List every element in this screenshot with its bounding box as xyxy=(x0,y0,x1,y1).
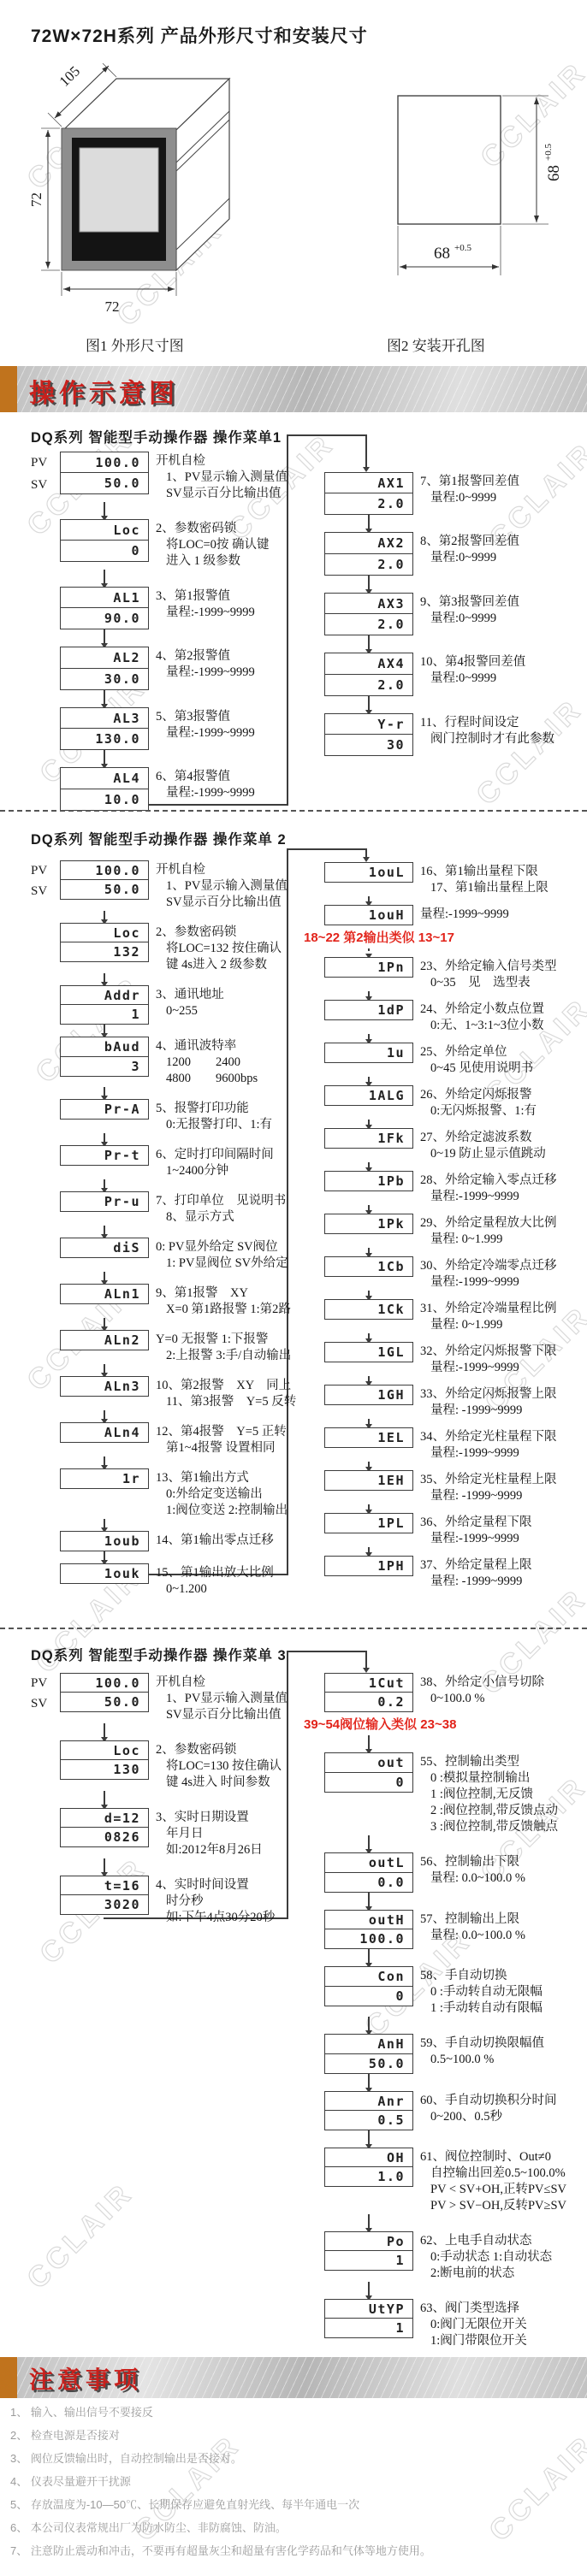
lcd-boxes: 1PH xyxy=(324,1556,413,1576)
lcd-boxes: Con0 xyxy=(324,1966,413,2006)
lcd-box-line: 1EL xyxy=(324,1427,413,1448)
step-description-line: 1~2400分钟 xyxy=(166,1163,274,1179)
step-description-line: 25、外给定单位 xyxy=(420,1044,533,1061)
step-description-line: 量程:-1999~9999 xyxy=(430,1189,557,1205)
lcd-display: Addr1 xyxy=(31,985,149,1025)
flow-step: Con058、手自动切换0 :手动转自动无限幅1 :手动转自动有限幅 xyxy=(295,1966,543,2017)
lcd-box-line: OH xyxy=(324,2148,413,2168)
step-description-line: 10、第2报警 XY 同上 xyxy=(156,1378,296,1394)
lcd-display: AX22.0 xyxy=(295,532,413,575)
step-description: 开机自检1、PV显示输入测量值SV显示百分比输出值 xyxy=(156,1673,288,1723)
lcd-box-line: AL2 xyxy=(60,647,149,669)
step-description-line: 1:阀位变送 2:控制输出 xyxy=(166,1503,288,1519)
lcd-display: outL0.0 xyxy=(295,1852,413,1892)
connector-arrow xyxy=(365,434,367,470)
flow-arrow xyxy=(368,696,370,713)
flow-arrow xyxy=(368,896,370,905)
lcd-box-line: 1PH xyxy=(324,1556,413,1576)
lcd-box-line: Pr-A xyxy=(60,1099,149,1120)
lcd-boxes: Loc130 xyxy=(60,1740,149,1780)
lcd-display: 1Ck xyxy=(295,1299,413,1320)
lcd-box-line: 100.0 xyxy=(60,452,149,474)
operation-diagram-banner: 操作示意图 xyxy=(0,366,587,412)
lcd-boxes: ALn2 xyxy=(60,1330,149,1350)
lcd-display: 1oub xyxy=(31,1531,149,1551)
step-description: 9、第1报警 XYX=0 第1路报警 1:第2路 xyxy=(156,1284,291,1318)
flow-step: 1ouL16、第1输出量程下限17、第1输出量程上限 xyxy=(295,862,548,896)
lcd-box-line: AX2 xyxy=(324,532,413,554)
step-description-line: 23、外给定输入信号类型 xyxy=(420,959,557,975)
lcd-display: Loc132 xyxy=(31,923,149,962)
lcd-display: Anr0.5 xyxy=(295,2091,413,2130)
lcd-box-line: AL4 xyxy=(60,767,149,789)
flow-arrow xyxy=(368,1291,370,1299)
step-description-line: 量程:-1999~9999 xyxy=(166,605,255,621)
lcd-box-line: 0 xyxy=(60,540,149,562)
step-description-line: 键 4s进入 时间参数 xyxy=(166,1775,282,1791)
lcd-boxes: AL3130.0 xyxy=(60,707,149,750)
step-description-line: 2:上报警 3:手/自动输出 xyxy=(166,1348,291,1364)
step-description-line: 进入 1 级参数 xyxy=(166,553,270,570)
step-description-line: 58、手自动切换 xyxy=(420,1968,543,1984)
lcd-boxes: out0 xyxy=(324,1752,413,1792)
step-description-line: 61、阀位控制时、Out≠0 xyxy=(420,2149,566,2165)
step-description: 15、第1输出放大比例0~1.200 xyxy=(156,1563,274,1598)
lcd-boxes: AL230.0 xyxy=(60,647,149,689)
step-description-line: 0:阀门无限位开关 xyxy=(430,2317,527,2333)
flow-step: diS0: PV显外给定 SV阀位1: PV显阀位 SV外给定 xyxy=(31,1238,288,1272)
step-description-line: SV显示百分比输出值 xyxy=(166,1707,288,1723)
lcd-box-line: 100.0 xyxy=(60,860,149,881)
lcd-box-line: Pr-t xyxy=(60,1145,149,1166)
lcd-display: 1ALG xyxy=(295,1085,413,1106)
flow-arrow xyxy=(368,1547,370,1556)
lcd-box-line: 1ouL xyxy=(324,862,413,883)
lcd-box-line: AX3 xyxy=(324,593,413,615)
step-description-line: 1 :阀位控制,无反馈 xyxy=(430,1787,558,1803)
lcd-display: 1ouL xyxy=(295,862,413,883)
flow-step: bAud34、通讯波特率1200 24004800 9600bps xyxy=(31,1037,258,1087)
lcd-display: Pr-A xyxy=(31,1099,149,1120)
flow-arrow xyxy=(368,948,370,957)
step-description-line: 阀门控制时才有此参数 xyxy=(430,731,554,747)
step-description-line: 将LOC=0按 确认键 xyxy=(166,537,270,553)
lcd-display: 1EL xyxy=(295,1427,413,1448)
flow-step: 1ALG26、外给定闪烁报警0:无闪烁报警、1:有 xyxy=(295,1085,537,1120)
flow-step: Po162、上电手自动状态0:手动状态 1:自动状态2:断电前的状态 xyxy=(295,2231,552,2282)
flow-arrow xyxy=(104,1318,105,1330)
pv-sv-label: PV xyxy=(31,452,58,474)
flow-step: 1oub14、第1输出零点迁移 xyxy=(31,1531,274,1551)
step-description-line: 量程:-1999~9999 xyxy=(430,1445,557,1462)
step-description: 60、手自动切换积分时间0~200、0.5秒 xyxy=(420,2091,557,2125)
lcd-box-line: 1Pk xyxy=(324,1214,413,1234)
lcd-display: ALn4 xyxy=(31,1422,149,1443)
note-item: 6、 本公司仪表常规出厂为防水防尘、非防腐蚀、防油。 xyxy=(10,2520,575,2535)
step-description: 62、上电手自动状态0:手动状态 1:自动状态2:断电前的状态 xyxy=(420,2231,552,2282)
step-description-line: 11、第3报警 Y=5 反转 xyxy=(166,1394,296,1410)
step-description-line: 量程:-1999~9999 xyxy=(166,785,255,801)
step-description: 14、第1输出零点迁移 xyxy=(156,1531,274,1549)
flow-arrow xyxy=(368,1333,370,1342)
lcd-boxes: AL410.0 xyxy=(60,767,149,810)
lcd-boxes: Pr-t xyxy=(60,1145,149,1166)
step-description-line: 4、实时时间设置 xyxy=(156,1877,275,1894)
cutout-rect xyxy=(398,96,501,224)
lcd-boxes: 1GL xyxy=(324,1342,413,1362)
step-description-line: 时分秒 xyxy=(166,1894,275,1910)
step-description-line: 2、参数密码锁 xyxy=(156,521,270,537)
lcd-boxes: Po1 xyxy=(324,2231,413,2271)
note-item: 1、 输入、输出信号不要接反 xyxy=(10,2405,575,2419)
step-description-line: 55、控制输出类型 xyxy=(420,1754,558,1770)
flow-step: Pr-u7、打印单位 见说明书8、显示方式 xyxy=(31,1191,286,1226)
step-description-line: 量程: 0~1.999 xyxy=(430,1232,557,1248)
step-description-line: 量程:-1999~9999 xyxy=(166,725,255,741)
step-description: 23、外给定输入信号类型0~35 见 选型表 xyxy=(420,957,557,991)
flow-step: Loc1302、参数密码锁将LOC=130 按住确认键 4s进入 时间参数 xyxy=(31,1740,282,1791)
flow-step: AX12.07、第1报警回差值量程:0~9999 xyxy=(295,472,519,515)
lcd-boxes: 1ouH xyxy=(324,905,413,925)
lcd-display: Y-r30 xyxy=(295,713,413,756)
step-description: 4、实时时间设置时分秒如:下午4点30分20秒 xyxy=(156,1876,275,1926)
lcd-display: outH100.0 xyxy=(295,1910,413,1949)
lcd-display: AL230.0 xyxy=(31,647,149,689)
step-description: 开机自检1、PV显示输入测量值SV显示百分比输出值 xyxy=(156,452,288,502)
step-description: 2、参数密码锁将LOC=130 按住确认键 4s进入 时间参数 xyxy=(156,1740,282,1791)
flow-step: d=1208263、实时日期设置年月日如:2012年8月26日 xyxy=(31,1808,263,1858)
lcd-box-line: 50.0 xyxy=(60,879,149,900)
lcd-boxes: UtYP1 xyxy=(324,2299,413,2338)
step-description-line: 0:无、1~3:1~3位小数 xyxy=(430,1018,544,1034)
flow-arrow xyxy=(368,991,370,1000)
flow-arrow xyxy=(368,1205,370,1214)
lcd-boxes: 1Fk xyxy=(324,1128,413,1149)
flow-arrow xyxy=(368,1893,370,1910)
step-description-line: 量程:0~9999 xyxy=(430,611,519,627)
step-description: 3、通讯地址0~255 xyxy=(156,985,224,1019)
step-description: 57、控制输出上限量程: 0.0~100.0 % xyxy=(420,1910,525,1944)
flow-arrow xyxy=(104,629,105,647)
lcd-box-line: 130.0 xyxy=(60,728,149,750)
lcd-box-line: AnH xyxy=(324,2034,413,2054)
flow-arrow xyxy=(104,690,105,707)
step-description-line: 0 :模拟量控制输出 xyxy=(430,1770,558,1787)
flow-step: out055、控制输出类型0 :模拟量控制输出1 :阀位控制,无反馈2 :阀位控… xyxy=(295,1752,558,1835)
flow-arrow xyxy=(368,1248,370,1256)
step-description: 37、外给定量程上限量程: -1999~9999 xyxy=(420,1556,532,1590)
step-description-line: 5、报警打印功能 xyxy=(156,1101,272,1117)
step-description: 59、手自动切换限幅值0.5~100.0 % xyxy=(420,2034,544,2068)
flow-step: Loc02、参数密码锁将LOC=0按 确认键进入 1 级参数 xyxy=(31,519,270,570)
step-description: 3、实时日期设置年月日如:2012年8月26日 xyxy=(156,1808,263,1858)
lcd-box-line: 2.0 xyxy=(324,493,413,515)
flow-arrow xyxy=(368,2017,370,2034)
flow-note-red: 18~22 第2输出类似 13~17 xyxy=(304,928,454,946)
step-description-line: 0~200、0.5秒 xyxy=(430,2109,557,2125)
flow-arrow xyxy=(104,570,105,587)
step-description: 3、第1报警值量程:-1999~9999 xyxy=(156,587,255,621)
lcd-box-line: Y-r xyxy=(324,713,413,736)
step-description-line: 0:无报警打印、1:有 xyxy=(166,1117,272,1133)
flow-arrow xyxy=(104,911,105,923)
fig1-outline-drawing: 105 72 72 xyxy=(12,34,354,335)
lcd-boxes: Y-r30 xyxy=(324,713,413,756)
step-description: 6、定时打印间隔时间1~2400分钟 xyxy=(156,1145,274,1179)
step-description-line: 开机自检 xyxy=(156,862,288,878)
step-description-line: 量程: -1999~9999 xyxy=(430,1488,557,1504)
connector-arrow xyxy=(365,1651,367,1671)
meter-display-window xyxy=(80,148,158,232)
flow-step: 1PH37、外给定量程上限量程: -1999~9999 xyxy=(295,1556,532,1590)
flow-step: 1Fk27、外给定滤波系数0~19 防止显示值跳动 xyxy=(295,1128,546,1162)
flow-step: AX42.010、第4报警回差值量程:0~9999 xyxy=(295,653,525,695)
lcd-display: 1dP xyxy=(295,1000,413,1020)
connector-line xyxy=(287,848,367,850)
lcd-box-line: Po xyxy=(324,2231,413,2252)
lcd-boxes: 1ouL xyxy=(324,862,413,883)
flow-step: AL230.04、第2报警值量程:-1999~9999 xyxy=(31,647,255,689)
step-description: 26、外给定闪烁报警0:无闪烁报警、1:有 xyxy=(420,1085,537,1120)
lcd-box-line: Loc xyxy=(60,519,149,541)
lcd-display: ALn1 xyxy=(31,1284,149,1304)
lcd-box-line: 90.0 xyxy=(60,607,149,629)
flow-step: 1ouk15、第1输出放大比例0~1.200 xyxy=(31,1563,274,1598)
step-description: 2、参数密码锁将LOC=132 按住确认键 4s进入 2 级参数 xyxy=(156,923,282,973)
flow-step: 1EH35、外给定光柱量程上限量程: -1999~9999 xyxy=(295,1470,557,1504)
step-description-line: 量程: -1999~9999 xyxy=(430,1574,532,1590)
flow-step: AX22.08、第2报警回差值量程:0~9999 xyxy=(295,532,519,575)
flow-step: 1u25、外给定单位0~45 见使用说明书 xyxy=(295,1043,533,1077)
step-description-line: 10、第4报警回差值 xyxy=(420,654,525,671)
step-description-line: 0~45 见使用说明书 xyxy=(430,1061,533,1077)
lcd-box-line: 100.0 xyxy=(324,1929,413,1949)
note-item: 7、 注意防止震动和冲击，不要再有超量灰尘和超量有害化学药品和气体等地方使用。 xyxy=(10,2544,575,2558)
step-description-line: 量程: -1999~9999 xyxy=(430,1403,557,1419)
lcd-boxes: OH1.0 xyxy=(324,2148,413,2187)
lcd-box-line: Addr xyxy=(60,985,149,1006)
flow-arrow xyxy=(368,2074,370,2091)
flow-step: Pr-A5、报警打印功能0:无报警打印、1:有 xyxy=(31,1099,272,1133)
flow-step: ALn310、第2报警 XY 同上11、第3报警 Y=5 反转 xyxy=(31,1376,296,1410)
flow-arrow xyxy=(104,1226,105,1238)
step-description: 61、阀位控制时、Out≠0自控输出回差0.5~100.0%PV < SV+OH… xyxy=(420,2148,566,2214)
flow-arrow xyxy=(368,2282,370,2299)
lcd-display: OH1.0 xyxy=(295,2148,413,2187)
menu3-right-column: 1Cut0.238、外给定小信号切除0~100.0 %39~54阀位输入类似 2… xyxy=(295,1673,583,2349)
step-description-line: SV显示百分比输出值 xyxy=(166,895,288,911)
lcd-box-line: Loc xyxy=(60,1740,149,1761)
lcd-boxes: Pr-u xyxy=(60,1191,149,1212)
flow-arrow xyxy=(104,750,105,767)
page: { "page": { "title": "72W×72H系列 产品外形尺寸和安… xyxy=(0,0,587,2576)
step-description-line: 量程:-1999~9999 xyxy=(430,1274,557,1291)
lcd-display: AX12.0 xyxy=(295,472,413,515)
step-description-line: 33、外给定闪烁报警上限 xyxy=(420,1386,557,1403)
lcd-boxes: 1EH xyxy=(324,1470,413,1491)
flow-step: OH1.061、阀位控制时、Out≠0自控输出回差0.5~100.0%PV < … xyxy=(295,2148,566,2214)
menu1-title: DQ系列 智能型手动操作器 操作菜单1 xyxy=(31,426,282,446)
fig1-caption: 图1 外形尺寸图 xyxy=(86,334,184,355)
lcd-box-line: ALn2 xyxy=(60,1330,149,1350)
flow-step: AL3130.05、第3报警值量程:-1999~9999 xyxy=(31,707,255,750)
lcd-box-line: outH xyxy=(324,1910,413,1930)
pv-sv-labels: PVSV xyxy=(31,1673,58,1714)
step-description: 4、通讯波特率1200 24004800 9600bps xyxy=(156,1037,258,1087)
lcd-display: 1u xyxy=(295,1043,413,1063)
step-description-line: 38、外给定小信号切除 xyxy=(420,1675,544,1691)
step-description-line: X=0 第1路报警 1:第2路 xyxy=(166,1302,291,1318)
step-description: 9、第3报警回差值量程:0~9999 xyxy=(420,593,519,627)
step-description: 7、第1报警回差值量程:0~9999 xyxy=(420,472,519,506)
step-description: 38、外给定小信号切除0~100.0 % xyxy=(420,1673,544,1707)
step-description: 32、外给定闪烁报警下限量程:-1999~9999 xyxy=(420,1342,557,1376)
lcd-display: 1Fk xyxy=(295,1128,413,1149)
step-description-line: 开机自检 xyxy=(156,1675,288,1691)
lcd-boxes: 1dP xyxy=(324,1000,413,1020)
lcd-box-line: ALn1 xyxy=(60,1284,149,1304)
dim-cutout-width-label: 68 xyxy=(434,245,450,263)
lcd-boxes: ALn3 xyxy=(60,1376,149,1397)
step-description: Y=0 无报警 1:下报警2:上报警 3:手/自动输出 xyxy=(156,1330,291,1364)
menu2-right-column: 1ouL16、第1输出量程下限17、第1输出量程上限1ouH量程:-1999~9… xyxy=(295,862,583,1590)
menu3-title: DQ系列 智能型手动操作器 操作菜单 3 xyxy=(31,1644,287,1664)
menu2-section: DQ系列 智能型手动操作器 操作菜单 2 PVSV100.050.0开机自检1、… xyxy=(0,823,587,1627)
flow-step: Addr13、通讯地址0~255 xyxy=(31,985,224,1025)
step-description-line: 34、外给定光柱量程下限 xyxy=(420,1429,557,1445)
pv-sv-labels: PVSV xyxy=(31,860,58,901)
step-description: 30、外给定冷端零点迁移量程:-1999~9999 xyxy=(420,1256,557,1291)
flow-arrow xyxy=(104,1551,105,1563)
lcd-box-line: 1oub xyxy=(60,1531,149,1551)
lcd-boxes: 1u xyxy=(324,1043,413,1063)
lcd-box-line: t=16 xyxy=(60,1876,149,1896)
lcd-boxes: 1Pk xyxy=(324,1214,413,1234)
step-description-line: 开机自检 xyxy=(156,453,288,470)
fig2-cutout-drawing: 68 +0.5 68 +0.5 xyxy=(355,34,578,335)
step-description-line: 年月日 xyxy=(166,1826,263,1842)
step-description-line: 量程:-1999~9999 xyxy=(420,907,509,923)
flow-arrow xyxy=(368,1462,370,1470)
step-description: 0: PV显外给定 SV阀位1: PV显阀位 SV外给定 xyxy=(156,1238,288,1272)
lcd-boxes: AX22.0 xyxy=(324,532,413,575)
flow-arrow xyxy=(368,1376,370,1385)
lcd-display: PVSV100.050.0 xyxy=(31,1673,149,1712)
lcd-boxes: Anr0.5 xyxy=(324,2091,413,2130)
flow-step: UtYP163、阀门类型选择0:阀门无限位开关1:阀门带限位开关 xyxy=(295,2299,527,2349)
flow-step: 1Pb28、外给定输入零点迁移量程:-1999~9999 xyxy=(295,1171,557,1205)
section-divider xyxy=(0,1628,587,1629)
step-description-line: 第1~4报警 设置相同 xyxy=(166,1440,287,1456)
flow-arrow xyxy=(368,1835,370,1852)
lcd-boxes: AX42.0 xyxy=(324,653,413,695)
lcd-boxes: 1Pb xyxy=(324,1171,413,1191)
lcd-boxes: outH100.0 xyxy=(324,1910,413,1949)
step-description: 10、第4报警回差值量程:0~9999 xyxy=(420,653,525,687)
lcd-box-line: 1 xyxy=(324,2250,413,2271)
step-description: 12、第4报警 Y=5 正转第1~4报警 设置相同 xyxy=(156,1422,287,1456)
step-description: 36、外给定量程下限量程:-1999~9999 xyxy=(420,1513,532,1547)
lcd-boxes: 1ALG xyxy=(324,1085,413,1106)
lcd-box-line: Con xyxy=(324,1966,413,1987)
step-description-line: 15、第1输出放大比例 xyxy=(156,1565,274,1581)
lcd-box-line: ALn4 xyxy=(60,1422,149,1443)
step-description-line: 3 :阀位控制,带反馈触点 xyxy=(430,1819,558,1835)
lcd-box-line: AX1 xyxy=(324,472,413,494)
step-description-line: 57、控制输出上限 xyxy=(420,1911,525,1928)
lcd-box-line: AL3 xyxy=(60,707,149,730)
lcd-box-line: 1ouk xyxy=(60,1563,149,1584)
menu3-section: DQ系列 智能型手动操作器 操作菜单 3 PVSV100.050.0开机自检1、… xyxy=(0,1639,587,2357)
flow-step: Anr0.560、手自动切换积分时间0~200、0.5秒 xyxy=(295,2091,557,2130)
lcd-display: out0 xyxy=(295,1752,413,1792)
lcd-display: Po1 xyxy=(295,2231,413,2271)
lcd-box-line: d=12 xyxy=(60,1808,149,1829)
lcd-display: AX42.0 xyxy=(295,653,413,695)
dim-cutout-width-tol: +0.5 xyxy=(454,243,471,253)
step-description-line: 2、参数密码锁 xyxy=(156,1742,282,1758)
lcd-display: 1PH xyxy=(295,1556,413,1576)
step-description: 11、行程时间设定阀门控制时才有此参数 xyxy=(420,713,554,747)
step-description: 25、外给定单位0~45 见使用说明书 xyxy=(420,1043,533,1077)
lcd-display: 1GH xyxy=(295,1385,413,1405)
step-description-line: 29、外给定量程放大比例 xyxy=(420,1215,557,1232)
lcd-display: ALn2 xyxy=(31,1330,149,1350)
lcd-boxes: Addr1 xyxy=(60,985,149,1025)
step-description: 58、手自动切换0 :手动转自动无限幅1 :手动转自动有限幅 xyxy=(420,1966,543,2017)
step-description-line: 0 :手动转自动无限幅 xyxy=(430,1984,543,2000)
lcd-display: 1Pb xyxy=(295,1171,413,1191)
step-description-line: 1: PV显阀位 SV外给定 xyxy=(166,1256,288,1272)
flow-step: ALn2Y=0 无报警 1:下报警2:上报警 3:手/自动输出 xyxy=(31,1330,291,1364)
banner-orange-tab xyxy=(0,2357,17,2398)
menu2-title: DQ系列 智能型手动操作器 操作菜单 2 xyxy=(31,828,287,848)
step-description-line: 1、PV显示输入测量值 xyxy=(166,878,288,895)
step-description-line: 如:下午4点30分20秒 xyxy=(166,1910,275,1926)
lcd-box-line: 0 xyxy=(324,1772,413,1793)
lcd-box-line: outL xyxy=(324,1852,413,1873)
step-description-line: 2:断电前的状态 xyxy=(430,2266,552,2282)
lcd-box-line: out xyxy=(324,1752,413,1773)
lcd-boxes: 1Ck xyxy=(324,1299,413,1320)
lcd-display: AnH50.0 xyxy=(295,2034,413,2073)
lcd-display: 1Pn xyxy=(295,957,413,978)
flow-step: Pr-t6、定时打印间隔时间1~2400分钟 xyxy=(31,1145,274,1179)
flow-step: Y-r3011、行程时间设定阀门控制时才有此参数 xyxy=(295,713,554,756)
flow-step: ALn19、第1报警 XYX=0 第1路报警 1:第2路 xyxy=(31,1284,291,1318)
lcd-box-line: UtYP xyxy=(324,2299,413,2319)
step-description-line: 16、第1输出量程下限 xyxy=(420,864,548,880)
lcd-boxes: AL190.0 xyxy=(60,587,149,629)
step-description: 56、控制输出下限量程: 0.0~100.0 % xyxy=(420,1852,525,1887)
pv-sv-label: SV xyxy=(31,881,58,901)
step-description-line: 量程: 0~1.999 xyxy=(430,1317,557,1333)
flow-step: AL410.06、第4报警值量程:-1999~9999 xyxy=(31,767,255,810)
notes-list: 1、 输入、输出信号不要接反2、 检查电源是否接对3、 阀位反馈输出时，自动控制… xyxy=(10,2405,575,2567)
step-description-line: 1200 2400 xyxy=(166,1055,258,1071)
step-description: 29、外给定量程放大比例量程: 0~1.999 xyxy=(420,1214,557,1248)
step-description: 7、打印单位 见说明书8、显示方式 xyxy=(156,1191,286,1226)
step-description: 5、第3报警值量程:-1999~9999 xyxy=(156,707,255,741)
dim-cutout-height-label: 68 +0.5 xyxy=(543,144,563,181)
lcd-box-line: 1Pn xyxy=(324,957,413,978)
step-description: 10、第2报警 XY 同上11、第3报警 Y=5 反转 xyxy=(156,1376,296,1410)
lcd-display: 1ouH xyxy=(295,905,413,925)
step-description-line: 量程:-1999~9999 xyxy=(430,1531,532,1547)
step-description: 13、第1输出方式0:外给定变送输出1:阀位变送 2:控制输出 xyxy=(156,1468,288,1519)
lcd-boxes: 100.050.0 xyxy=(60,860,149,900)
flow-arrow xyxy=(104,502,105,519)
